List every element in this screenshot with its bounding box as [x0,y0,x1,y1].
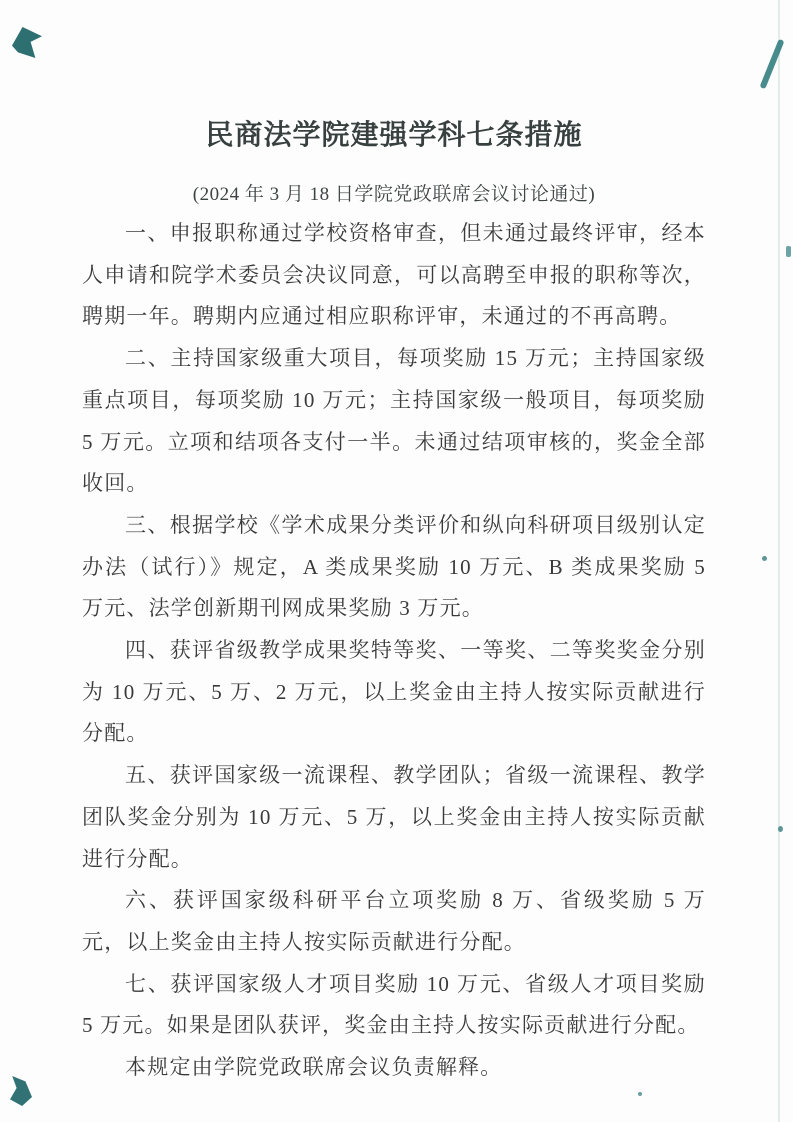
document-title: 民商法学院建强学科七条措施 [82,0,706,156]
scan-artifact-right-edge [786,246,791,257]
paragraph-5: 五、获评国家级一流课程、教学团队；省级一流课程、教学团队奖金分别为 10 万元、… [82,755,706,880]
scan-artifact-dot [778,826,783,832]
document-body: 一、申报职称通过学校资格审查，但未通过最终评审，经本人申请和院学术委员会决议同意… [82,213,706,1089]
scan-artifact-top-right [759,39,784,89]
paragraph-2: 二、主持国家级重大项目，每项奖励 15 万元；主持国家级重点项目，每项奖励 10… [82,338,706,505]
document-page: 民商法学院建强学科七条措施 (2024 年 3 月 18 日学院党政联席会议讨论… [0,0,793,1122]
paragraph-3: 三、根据学校《学术成果分类评价和纵向科研项目级别认定办法（试行）》规定，A 类成… [82,505,706,630]
scan-artifact-dot [762,556,767,561]
paragraph-8: 本规定由学院党政联席会议负责解释。 [82,1047,706,1089]
scan-artifact-bottom-left [10,1076,32,1106]
paragraph-7: 七、获评国家级人才项目奖励 10 万元、省级人才项目奖励 5 万元。如果是团队获… [82,964,706,1047]
paragraph-1: 一、申报职称通过学校资格审查，但未通过最终评审，经本人申请和院学术委员会决议同意… [82,213,706,338]
document-subtitle: (2024 年 3 月 18 日学院党政联席会议讨论通过) [82,180,706,210]
scan-artifact-top-left [12,27,42,58]
scanner-streak-line [778,0,780,1122]
paragraph-6: 六、获评国家级科研平台立项奖励 8 万、省级奖励 5 万元，以上奖金由主持人按实… [82,880,706,963]
paragraph-4: 四、获评省级教学成果奖特等奖、一等奖、二等奖奖金分别为 10 万元、5 万、2 … [82,630,706,755]
scan-artifact-dot [638,1092,642,1096]
document-content: 民商法学院建强学科七条措施 (2024 年 3 月 18 日学院党政联席会议讨论… [82,0,706,1089]
